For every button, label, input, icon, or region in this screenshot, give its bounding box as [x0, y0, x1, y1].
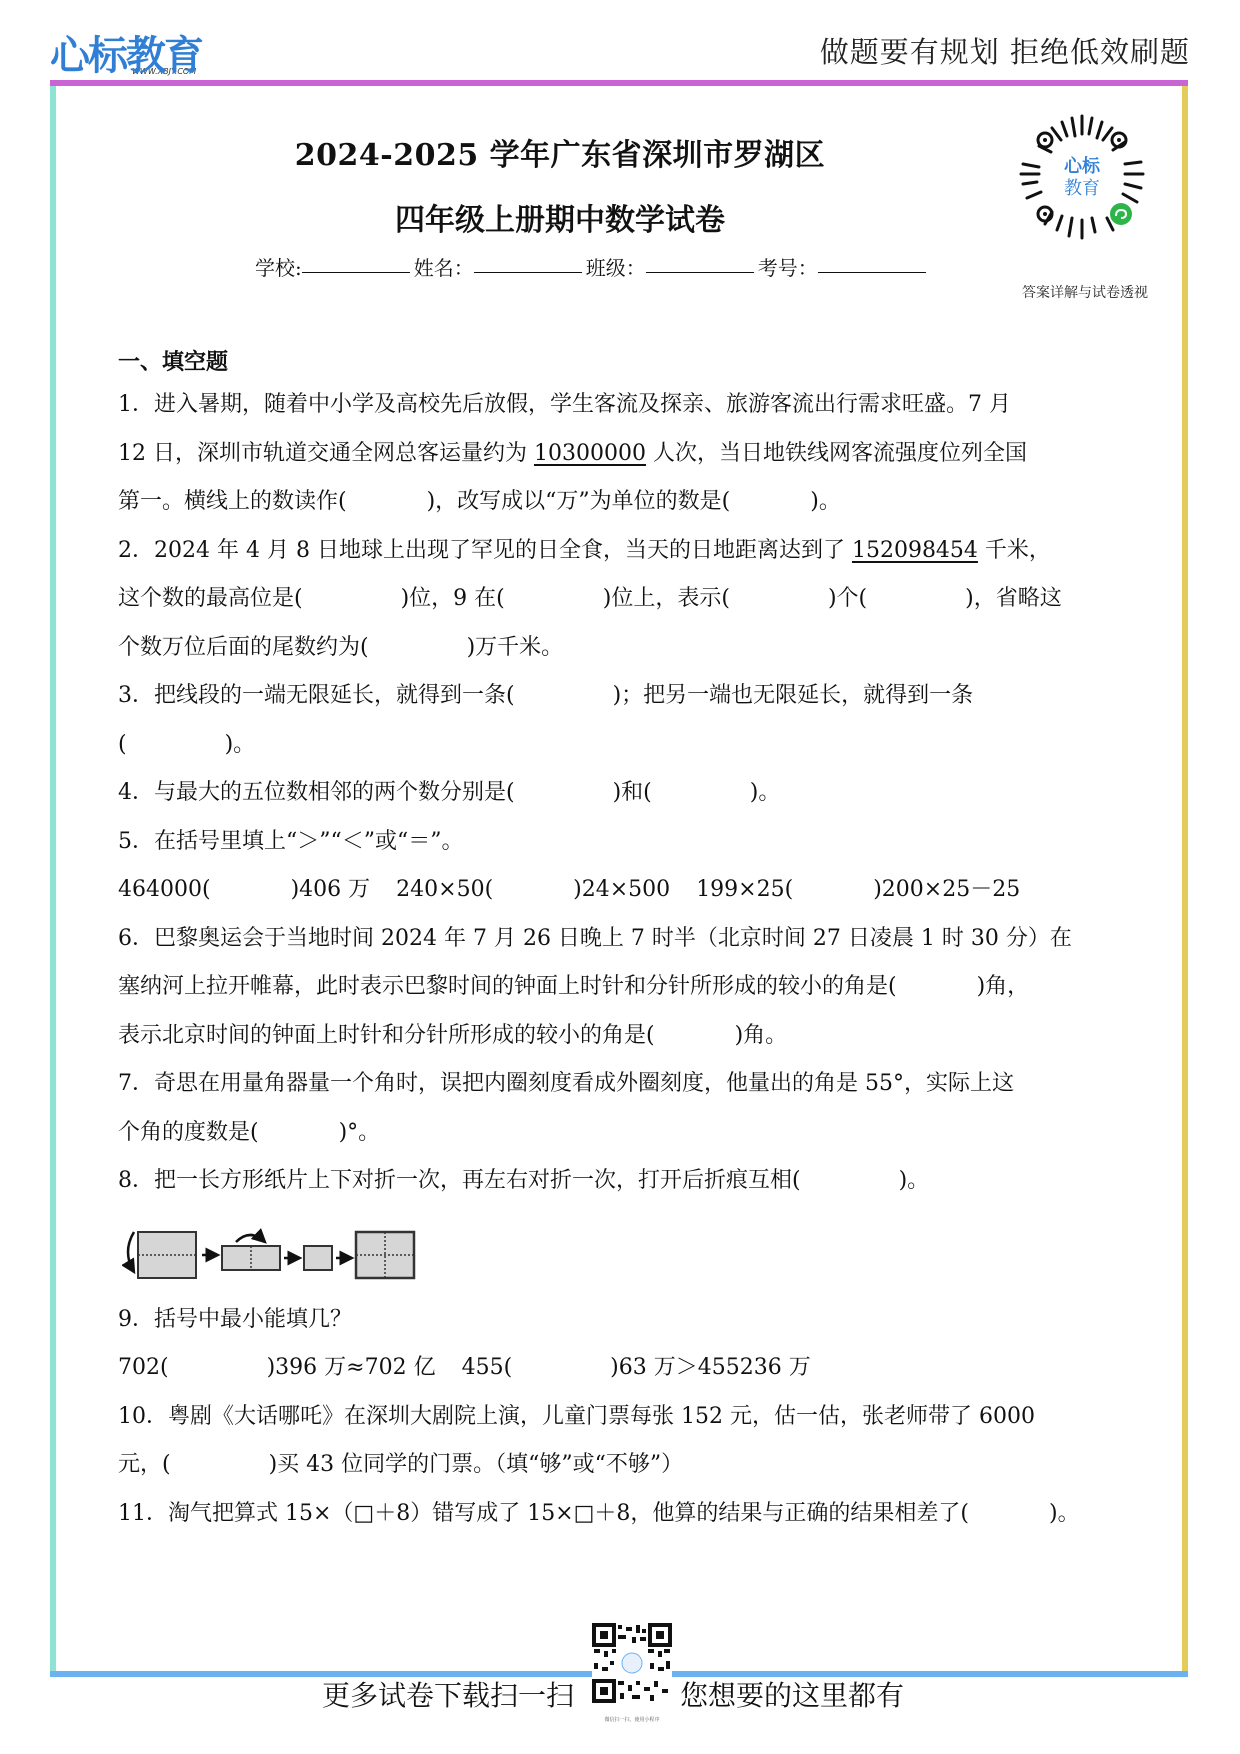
q2-line3: 个数万位后面的尾数约为()万千米。 — [118, 624, 1128, 673]
q7-line1: 7．奇思在用量角器量一个角时，误把内圈刻度看成外圈刻度，他量出的角是 55°，实… — [118, 1060, 1128, 1109]
class-field[interactable] — [646, 252, 754, 273]
question-7: 7．奇思在用量角器量一个角时，误把内圈刻度看成外圈刻度，他量出的角是 55°，实… — [118, 1060, 1128, 1157]
q8-line1: 8．把一长方形纸片上下对折一次，再左右对折一次，打开后折痕互相()。 — [118, 1157, 1128, 1206]
mini-program-code-icon: 心标 教育 — [1017, 112, 1147, 242]
q3-line2: ()。 — [118, 721, 1128, 770]
q1-line3: 第一。横线上的数读作()，改写成以“万”为单位的数是()。 — [118, 478, 1128, 527]
q10-line2: 元，()买 43 位同学的门票。（填“够”或“不够”） — [118, 1441, 1128, 1490]
q11-line1: 11．淘气把算式 15×（□＋8）错写成了 15×□＋8，他算的结果与正确的结果… — [118, 1490, 1128, 1539]
paper-folding-diagram — [118, 1206, 1128, 1296]
q10-line1: 10．粤剧《大话哪吒》在深圳大剧院上演，儿童门票每张 152 元，估一估，张老师… — [118, 1393, 1128, 1442]
q6-line1: 6．巴黎奥运会于当地时间 2024 年 7 月 26 日晚上 7 时半（北京时间… — [118, 915, 1128, 964]
q6-line3: 表示北京时间的钟面上时针和分针所形成的较小的角是()角。 — [118, 1012, 1128, 1061]
qr-code-icon — [592, 1623, 672, 1703]
q9-expressions: 702()396 万≈702 亿455()63 万＞455236 万 — [118, 1344, 1128, 1393]
q1-line2: 12 日，深圳市轨道交通全网总客运量约为 10300000 人次，当日地铁线网客… — [118, 430, 1128, 479]
name-field[interactable] — [474, 252, 582, 273]
frame-right-bar — [1182, 86, 1188, 1672]
name-label: 姓名： — [414, 252, 474, 281]
q1-underlined-number: 10300000 — [534, 441, 646, 466]
q5-line1: 5．在括号里填上“＞”“＜”或“＝”。 — [118, 818, 1128, 867]
question-2: 2．2024 年 4 月 8 日地球上出现了罕见的日全食，当天的日地距离达到了 … — [118, 527, 1128, 673]
logo-text: 心标教育 — [50, 34, 202, 78]
svg-text:教育: 教育 — [1064, 178, 1100, 199]
student-info-row: 学校: 姓名： 班级： 考号： — [255, 252, 930, 281]
frame-left-bar — [50, 86, 56, 1672]
section-title-fill-in: 一、填空题 — [118, 345, 1128, 381]
frame-top-bar — [50, 80, 1188, 86]
question-5: 5．在括号里填上“＞”“＜”或“＝”。 464000()406 万240×50(… — [118, 818, 1128, 915]
paper-folding-icon — [122, 1214, 442, 1294]
q2-line2: 这个数的最高位是()位，9 在()位上，表示()个()，省略这 — [118, 575, 1128, 624]
footer-right-text: 您想要的这里都有 — [680, 1674, 904, 1714]
qr-caption: 答案详解与试卷透视 — [1000, 282, 1170, 302]
question-6: 6．巴黎奥运会于当地时间 2024 年 7 月 26 日晚上 7 时半（北京时间… — [118, 915, 1128, 1061]
q7-line2: 个角的度数是()°。 — [118, 1109, 1128, 1158]
footer-qr-caption: 微信扫一扫，使用小程序 — [592, 1716, 672, 1723]
footer-left-text: 更多试卷下载扫一扫 — [322, 1674, 574, 1714]
q9-line1: 9．括号中最小能填几？ — [118, 1296, 1128, 1345]
exam-number-field[interactable] — [818, 252, 926, 273]
header-slogan: 做题要有规划 拒绝低效刷题 — [820, 30, 1190, 71]
brand-logo: 心标教育 WWW.XBJY.COM — [50, 28, 196, 78]
question-3: 3．把线段的一端无限延长，就得到一条()；把另一端也无限延长，就得到一条 ()。 — [118, 672, 1128, 769]
q5-expressions: 464000()406 万240×50()24×500199×25()200×2… — [118, 866, 1128, 915]
school-field[interactable] — [302, 252, 410, 273]
q4-line1: 4．与最大的五位数相邻的两个数分别是()和()。 — [118, 769, 1128, 818]
q2-underlined-number: 152098454 — [852, 538, 978, 563]
q1-line1: 1．进入暑期，随着中小学及高校先后放假，学生客流及探亲、旅游客流出行需求旺盛。7… — [118, 381, 1128, 430]
svg-text:心标: 心标 — [1064, 155, 1101, 177]
question-11: 11．淘气把算式 15×（□＋8）错写成了 15×□＋8，他算的结果与正确的结果… — [118, 1490, 1128, 1539]
question-9: 9．括号中最小能填几？ 702()396 万≈702 亿455()63 万＞45… — [118, 1296, 1128, 1393]
class-label: 班级： — [586, 252, 646, 281]
question-8: 8．把一长方形纸片上下对折一次，再左右对折一次，打开后折痕互相()。 — [118, 1157, 1128, 1296]
question-10: 10．粤剧《大话哪吒》在深圳大剧院上演，儿童门票每张 152 元，估一估，张老师… — [118, 1393, 1128, 1490]
q3-line1: 3．把线段的一端无限延长，就得到一条()；把另一端也无限延长，就得到一条 — [118, 672, 1128, 721]
school-label: 学校: — [255, 252, 302, 281]
question-1: 1．进入暑期，随着中小学及高校先后放假，学生客流及探亲、旅游客流出行需求旺盛。7… — [118, 381, 1128, 527]
q6-line2: 塞纳河上拉开帷幕，此时表示巴黎时间的钟面上时针和分针所形成的较小的角是()角， — [118, 963, 1128, 1012]
exam-content: 一、填空题 1．进入暑期，随着中小学及高校先后放假，学生客流及探亲、旅游客流出行… — [118, 345, 1128, 1538]
question-4: 4．与最大的五位数相邻的两个数分别是()和()。 — [118, 769, 1128, 818]
mini-program-code[interactable]: 心标 教育 — [1017, 112, 1147, 242]
q2-line1: 2．2024 年 4 月 8 日地球上出现了罕见的日全食，当天的日地距离达到了 … — [118, 527, 1128, 576]
exam-number-label: 考号： — [758, 252, 818, 281]
footer-qr-code[interactable] — [592, 1623, 672, 1703]
